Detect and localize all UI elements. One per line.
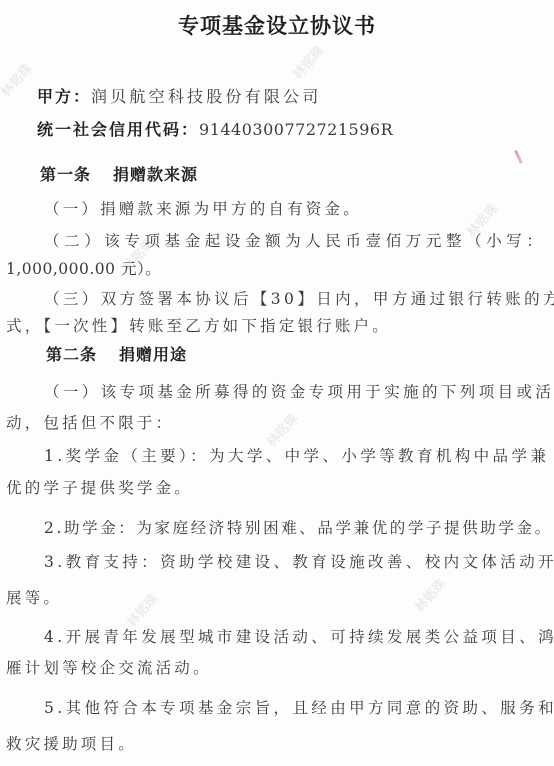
party-a-value: 润贝航空科技股份有限公司 xyxy=(91,87,321,106)
credit-code-value: 91440300772721596R xyxy=(199,120,393,139)
red-ink-mark xyxy=(514,150,523,164)
article-1-clause-2-line-2: 1,000,000.00 元）。 xyxy=(6,259,161,279)
party-a-label: 甲方： xyxy=(37,87,91,106)
article-2-number: 第二条 xyxy=(46,345,97,364)
article-1-clause-3-line-2: 式，【一次性】转账至乙方如下指定银行账户。 xyxy=(6,316,391,336)
article-2-heading: 第二条捐赠用途 xyxy=(46,345,187,365)
article-2-item-4-line-1: 4.开展青年发展型城市建设活动、可持续发展类公益项目、鸿 xyxy=(44,627,554,647)
credit-code-line: 统一社会信用代码：91440300772721596R xyxy=(37,120,393,140)
article-2-item-3-line-2: 展等。 xyxy=(6,588,62,608)
article-2-item-2-line-1: 2.助学金：为家庭经济特别困难、品学兼优的学子提供助学金。 xyxy=(44,518,553,538)
article-1-clause-1: （一）捐赠款来源为甲方的自有资金。 xyxy=(44,199,362,219)
article-2-item-3-line-1: 3.教育支持：资助学校建设、教育设施改善、校内文体活动开 xyxy=(44,552,554,572)
party-a-line: 甲方：润贝航空科技股份有限公司 xyxy=(37,87,321,107)
article-1-title: 捐赠款来源 xyxy=(113,165,198,184)
article-2-item-1-line-2: 优的学子提供奖学金。 xyxy=(6,478,193,498)
article-2-item-5-line-1: 5.其他符合本专项基金宗旨，且经由甲方同意的资助、服务和 xyxy=(44,698,554,718)
watermark: 林铭珠 xyxy=(0,59,36,101)
article-2-clause-1-line-1: （一）该专项基金所募得的资金专项用于实施的下列项目或活 xyxy=(44,382,554,402)
document-page: 林铭珠 林铭珠 林铭珠 林铭珠 林铭珠 林铭珠 林铭珠 专项基金设立协议书 甲方… xyxy=(0,0,554,766)
watermark: 林铭珠 xyxy=(261,409,301,451)
article-2-clause-1-line-2: 动，包括但不限于： xyxy=(6,413,174,433)
watermark: 林铭珠 xyxy=(287,41,327,83)
document-title: 专项基金设立协议书 xyxy=(0,10,554,40)
credit-code-label: 统一社会信用代码： xyxy=(37,120,199,139)
article-2-item-1-line-1: 1.奖学金（主要）：为大学、中学、小学等教育机构中品学兼 xyxy=(44,446,549,466)
article-1-number: 第一条 xyxy=(40,165,91,184)
watermark: 林铭珠 xyxy=(409,574,449,616)
article-2-item-5-line-2: 救灾援助项目。 xyxy=(6,734,137,754)
article-2-title: 捐赠用途 xyxy=(119,345,187,364)
article-1-clause-2-line-1: （二）该专项基金起设金额为人民币壹佰万元整（小写： xyxy=(44,231,547,251)
watermark: 林铭珠 xyxy=(121,589,161,631)
article-2-item-4-line-2: 雁计划等校企交流活动。 xyxy=(6,658,212,678)
article-1-clause-3-line-1: （三）双方签署本协议后【30】日内，甲方通过银行转账的方 xyxy=(44,289,554,309)
article-1-heading: 第一条捐赠款来源 xyxy=(40,165,198,185)
